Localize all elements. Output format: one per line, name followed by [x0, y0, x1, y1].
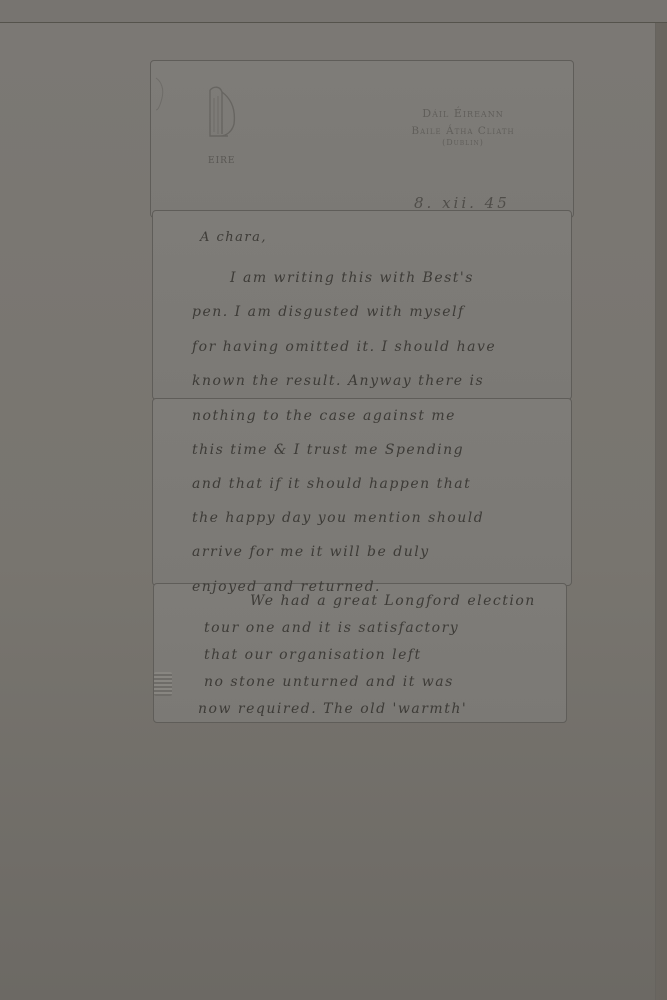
letter-line: now required. The old 'warmth': [198, 701, 467, 717]
letter-line: pen. I am disgusted with myself: [192, 304, 465, 320]
letter-line: We had a great Longford election: [250, 593, 536, 609]
letter-line: for having omitted it. I should have: [192, 339, 496, 355]
photo-top-edge: [0, 0, 667, 23]
letter-line: known the result. Anyway there is: [192, 373, 484, 389]
letter-line: and that if it should happen that: [192, 476, 471, 492]
letter-line: tour one and it is satisfactory: [204, 620, 459, 636]
harp-crest-icon: [200, 84, 244, 142]
letter-salutation: A chara,: [200, 230, 267, 245]
letterhead-address: Dáil Éireann Baile Átha Cliath (Dublin): [388, 107, 538, 147]
letter-line: this time & I trust me Spending: [192, 442, 464, 458]
mounting-tab: [154, 672, 172, 696]
letter-line: nothing to the case against me: [192, 408, 456, 424]
letter-line: no stone unturned and it was: [204, 674, 454, 690]
letter-sheet: EIRE Dáil Éireann Baile Átha Cliath (Dub…: [152, 52, 572, 722]
letterhead-line-3: (Dublin): [388, 138, 538, 147]
letter-line: the happy day you mention should: [192, 510, 484, 526]
letter-line: arrive for me it will be duly: [192, 544, 430, 560]
crest-partial-icon: [152, 76, 170, 112]
letter-date: 8. xii. 45: [414, 194, 510, 212]
letter-line: that our organisation left: [204, 647, 422, 663]
letterhead-line-1: Dáil Éireann: [388, 107, 538, 120]
letterhead-line-2: Baile Átha Cliath: [388, 125, 538, 137]
crest-label: EIRE: [208, 156, 235, 166]
letter-line: I am writing this with Best's: [230, 270, 474, 286]
